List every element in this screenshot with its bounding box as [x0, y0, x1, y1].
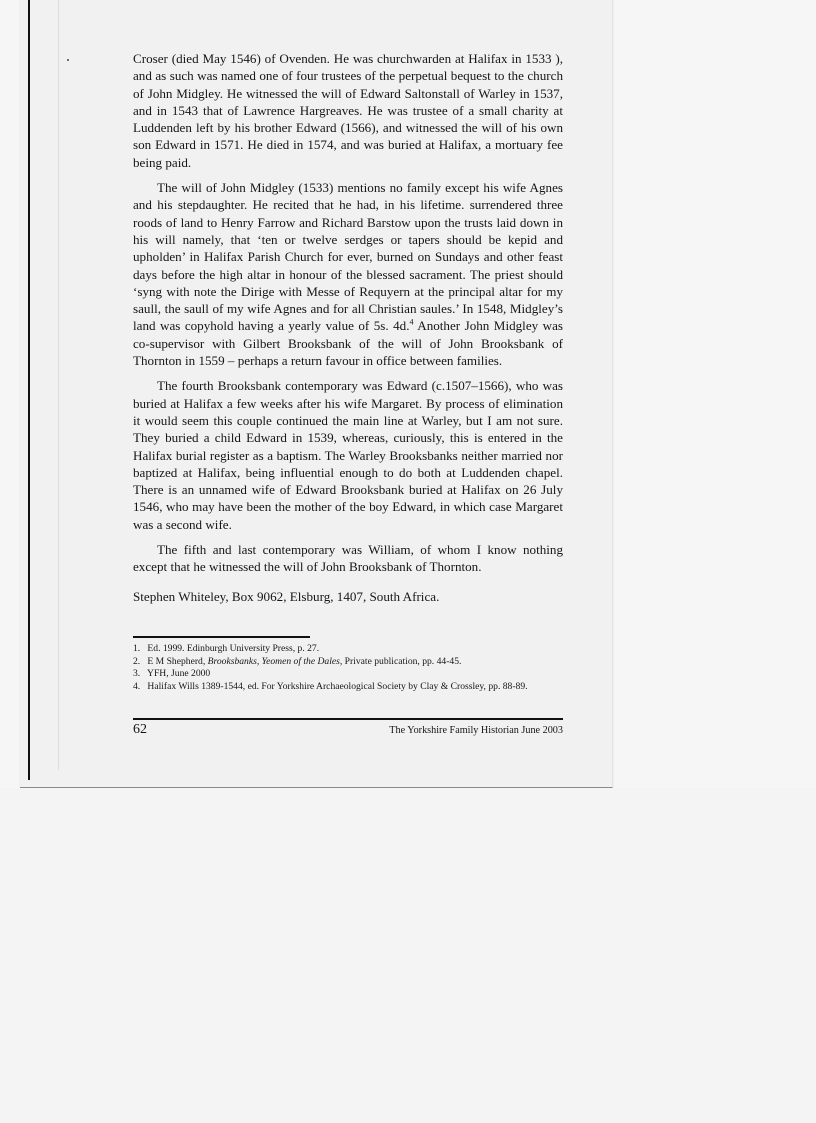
- book-title: Brooksbanks, Yeomen of the Dales,: [208, 656, 343, 667]
- footnotes: 1. Ed. 1999. Edinburgh University Press,…: [133, 643, 563, 693]
- paragraph-gap: [133, 533, 563, 541]
- scan-speck: [67, 59, 69, 61]
- footnote-number: 2.: [133, 656, 145, 669]
- footnote-item: 3. YFH, June 2000: [133, 668, 563, 681]
- binding-edge-line: [28, 0, 30, 780]
- footnote-item: 4. Halifax Wills 1389-1544, ed. For York…: [133, 681, 563, 694]
- page-footer: 62 The Yorkshire Family Historian June 2…: [133, 722, 563, 738]
- footnote-reference: 4: [410, 318, 414, 327]
- body-paragraph: The fifth and last contemporary was Will…: [133, 541, 563, 576]
- footer-rule: [133, 718, 563, 720]
- article-body: Croser (died May 1546) of Ovenden. He wa…: [133, 50, 563, 605]
- body-paragraph: The will of John Midgley (1533) mentions…: [133, 179, 563, 369]
- page-number: 62: [133, 722, 147, 738]
- scanner-bed-background: [0, 788, 816, 1123]
- body-paragraph: The fourth Brooksbank contemporary was E…: [133, 377, 563, 533]
- publication-title: The Yorkshire Family Historian June 2003: [389, 725, 563, 736]
- page-fold-line: [58, 0, 59, 770]
- footnote-number: 3.: [133, 668, 145, 681]
- author-signature: Stephen Whiteley, Box 9062, Elsburg, 140…: [133, 588, 563, 605]
- paragraph-gap: [133, 171, 563, 179]
- footnote-separator: [133, 636, 310, 638]
- footnote-item: 2. E M Shepherd, Brooksbanks, Yeomen of …: [133, 656, 563, 669]
- body-paragraph: Croser (died May 1546) of Ovenden. He wa…: [133, 50, 563, 171]
- footnote-number: 1.: [133, 643, 145, 656]
- paragraph-gap: [133, 369, 563, 377]
- paragraph-list: Croser (died May 1546) of Ovenden. He wa…: [133, 50, 563, 576]
- footnote-number: 4.: [133, 681, 145, 694]
- footnote-item: 1. Ed. 1999. Edinburgh University Press,…: [133, 643, 563, 656]
